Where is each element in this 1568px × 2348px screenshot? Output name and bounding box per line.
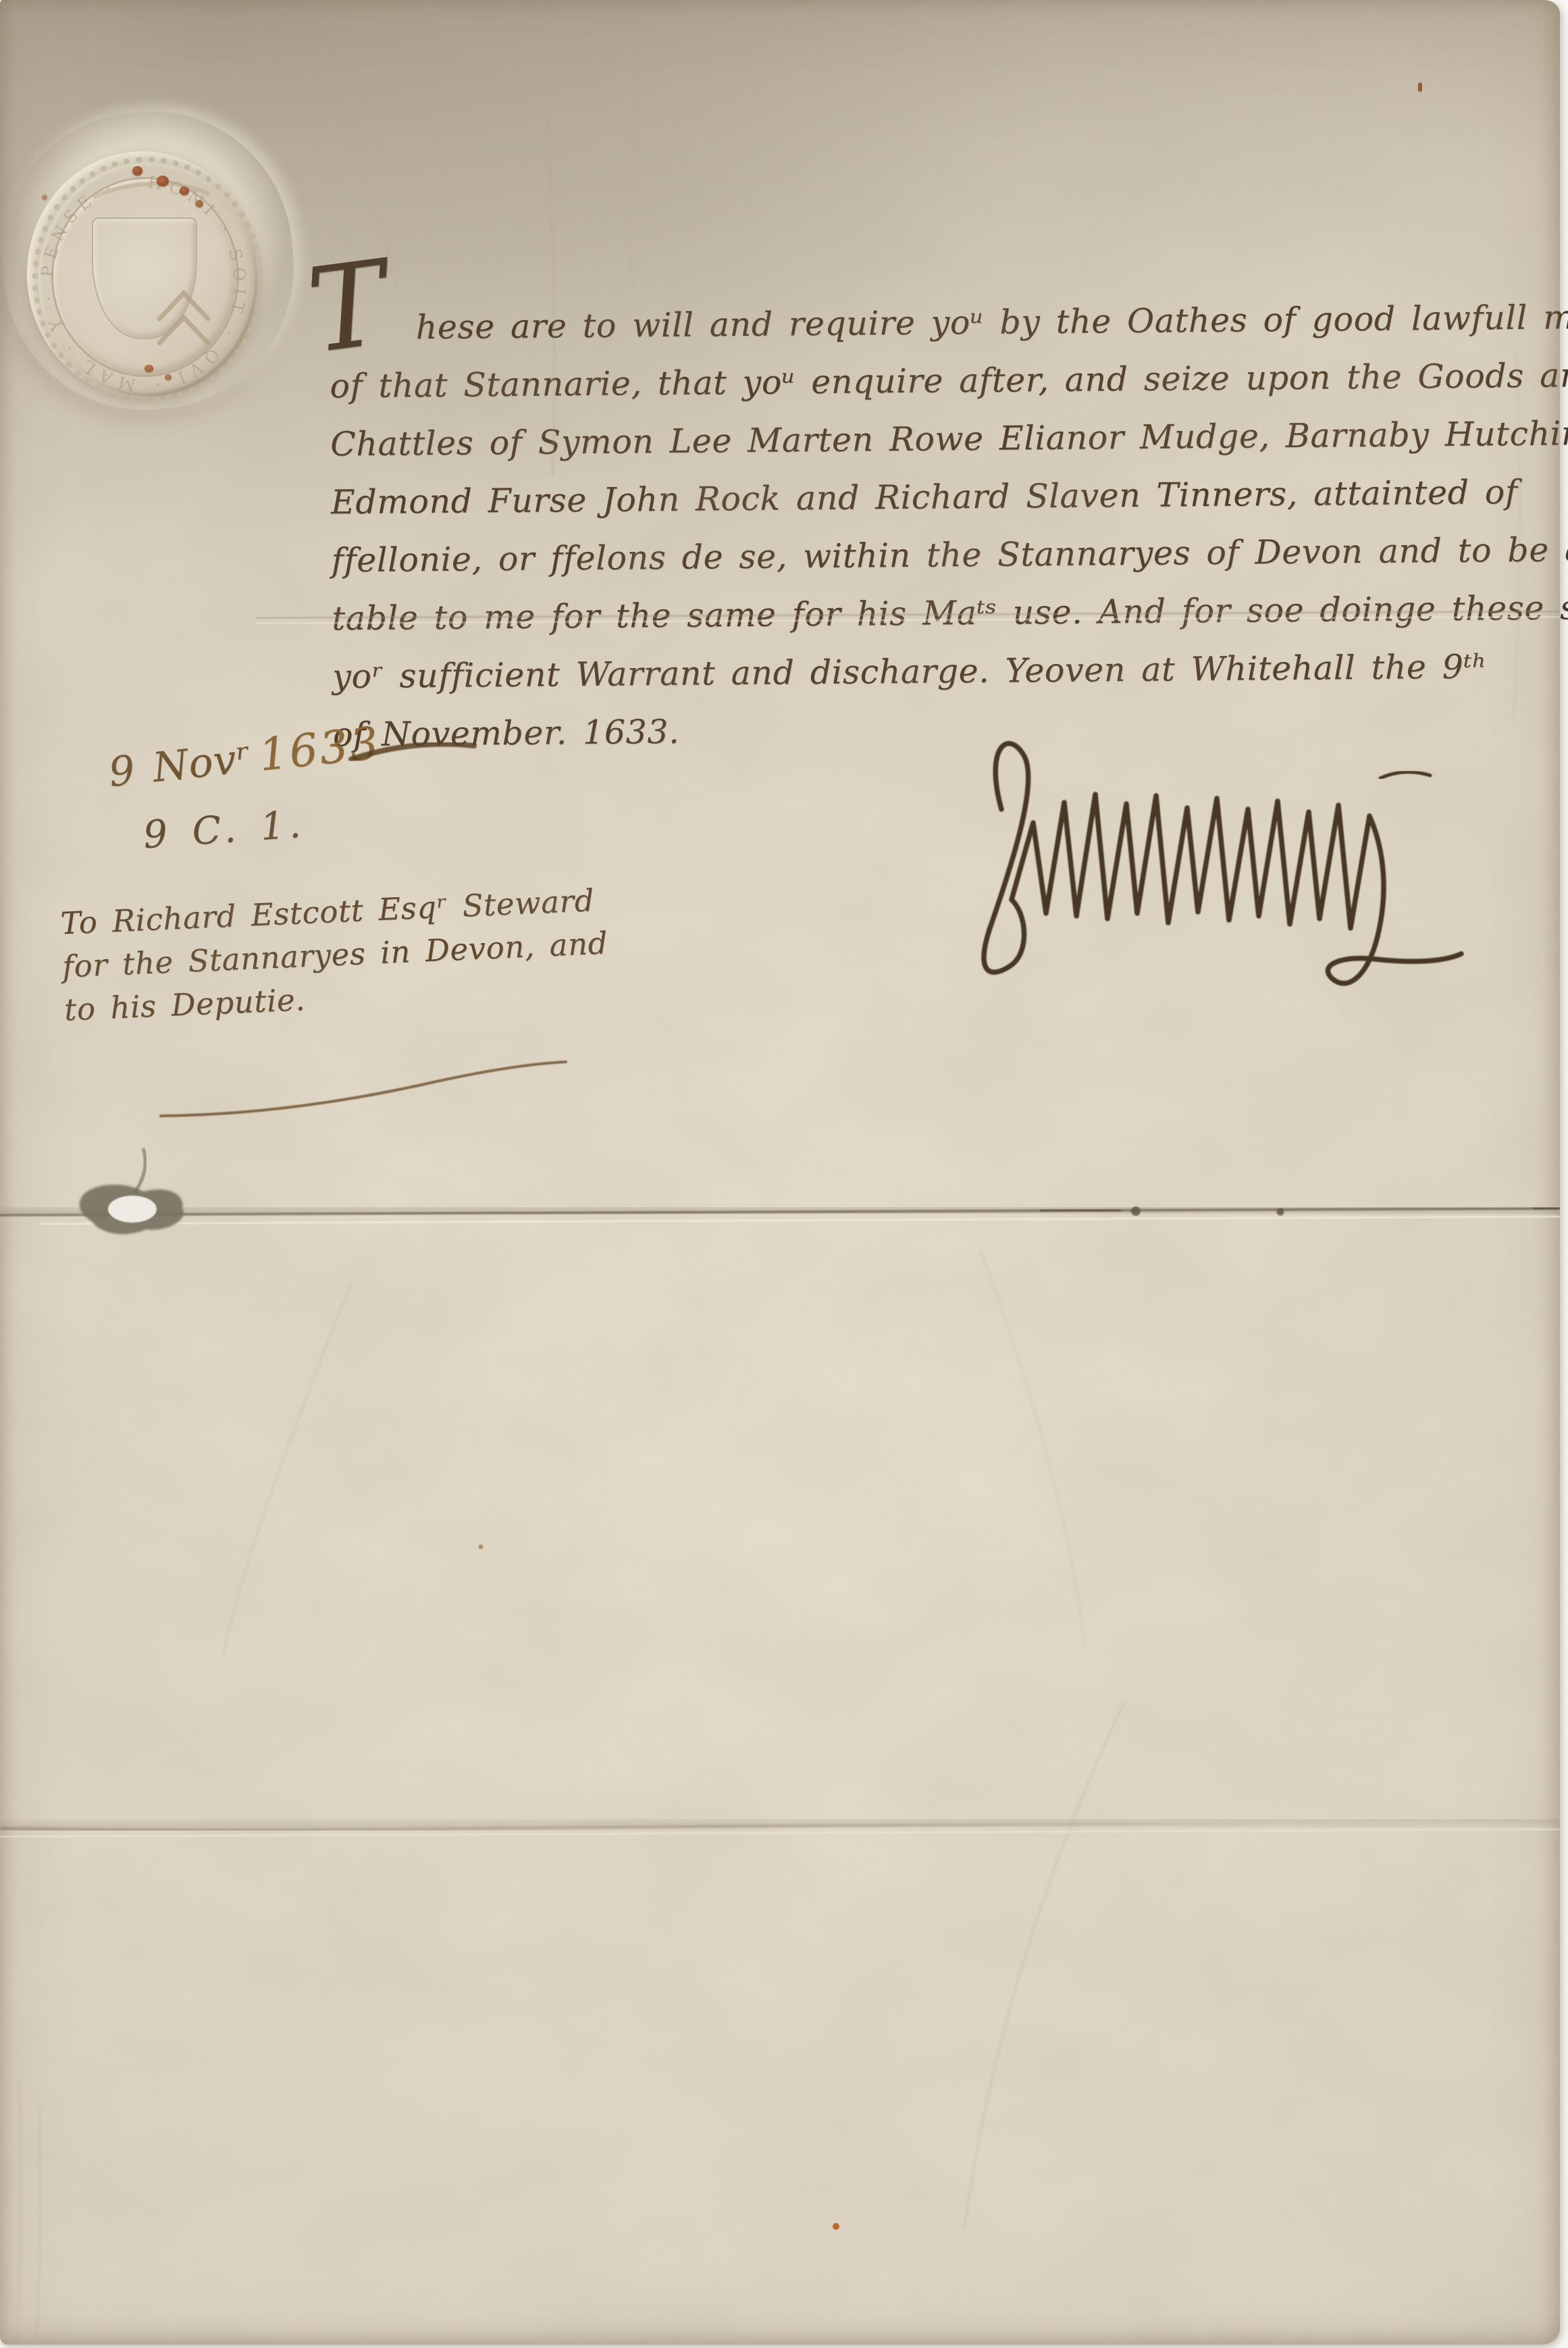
body-line: hese are to will and require yoᵘ by the …	[329, 289, 1488, 357]
wax-spot	[165, 374, 172, 380]
body-line: yoʳ sufficient Warrant and discharge. Ye…	[332, 638, 1492, 706]
body-line: Edmond Furse John Rock and Richard Slave…	[331, 463, 1490, 532]
body-line: table to me for the same for his Maᵗˢ us…	[332, 580, 1491, 648]
body-line: Chattles of Symon Lee Marten Rowe Eliano…	[330, 405, 1490, 474]
wax-spot	[145, 365, 153, 372]
address-block: To Richard Estcott Esqʳ Steward for the …	[59, 878, 610, 1031]
body-line: of November. 1633.	[333, 696, 1492, 764]
wax-spot	[180, 186, 189, 195]
illuminated-initial: T	[302, 245, 394, 370]
wax-spot	[196, 200, 203, 207]
body-line: ffellonie, or ffelons de se, within the …	[331, 521, 1490, 590]
wax-seal: HONI · SOIT · QVI · MAL · Y · PENSE ·	[12, 116, 285, 424]
wax-spot	[132, 166, 142, 176]
wax-spot	[42, 195, 47, 200]
body-line: of that Stannarie, that yoᵘ enquire afte…	[330, 347, 1489, 415]
warrant-body: T hese are to will and require yoᵘ by th…	[299, 236, 1492, 764]
wax-spot	[157, 176, 169, 186]
